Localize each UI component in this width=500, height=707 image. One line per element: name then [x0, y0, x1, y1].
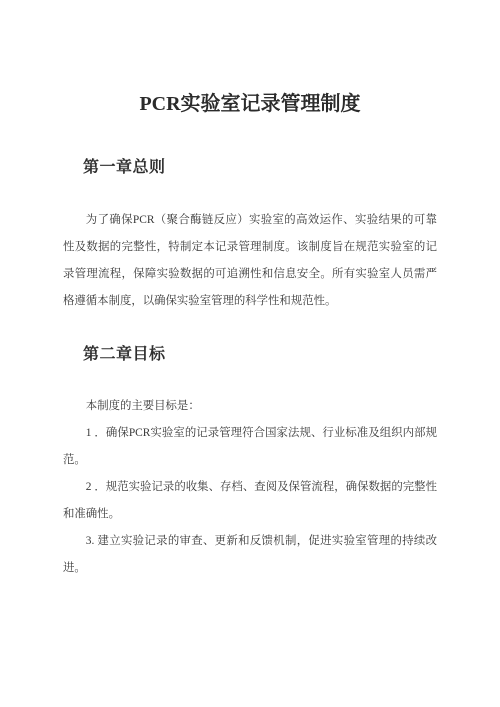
section-heading-chapter-2: 第二章目标 [83, 344, 166, 366]
document-page: PCR实验室记录管理制度 第一章总则 为了确保PCR（聚合酶链反应）实验室的高效… [0, 0, 500, 707]
list-item-goal-2: 2 ．规范实验记录的收集、存档、查阅及保管流程，确保数据的完整性和准确性。 [63, 474, 437, 528]
section-2-body: 本制度的主要目标是： 1 ．确保PCR实验室的记录管理符合国家法规、行业标准及组… [63, 393, 437, 582]
list-item-goal-1: 1 ．确保PCR实验室的记录管理符合国家法规、行业标准及组织内部规范。 [63, 420, 437, 474]
section-1-body: 为了确保PCR（聚合酶链反应）实验室的高效运作、实验结果的可靠性及数据的完整性，… [63, 207, 437, 315]
section-heading-chapter-1: 第一章总则 [83, 157, 166, 179]
paragraph-general-provisions: 为了确保PCR（聚合酶链反应）实验室的高效运作、实验结果的可靠性及数据的完整性，… [63, 207, 437, 315]
paragraph-goals-intro: 本制度的主要目标是： [63, 393, 437, 420]
document-title: PCR实验室记录管理制度 [0, 90, 500, 118]
list-item-goal-3: 3. 建立实验记录的审查、更新和反馈机制，促进实验室管理的持续改进。 [63, 528, 437, 582]
